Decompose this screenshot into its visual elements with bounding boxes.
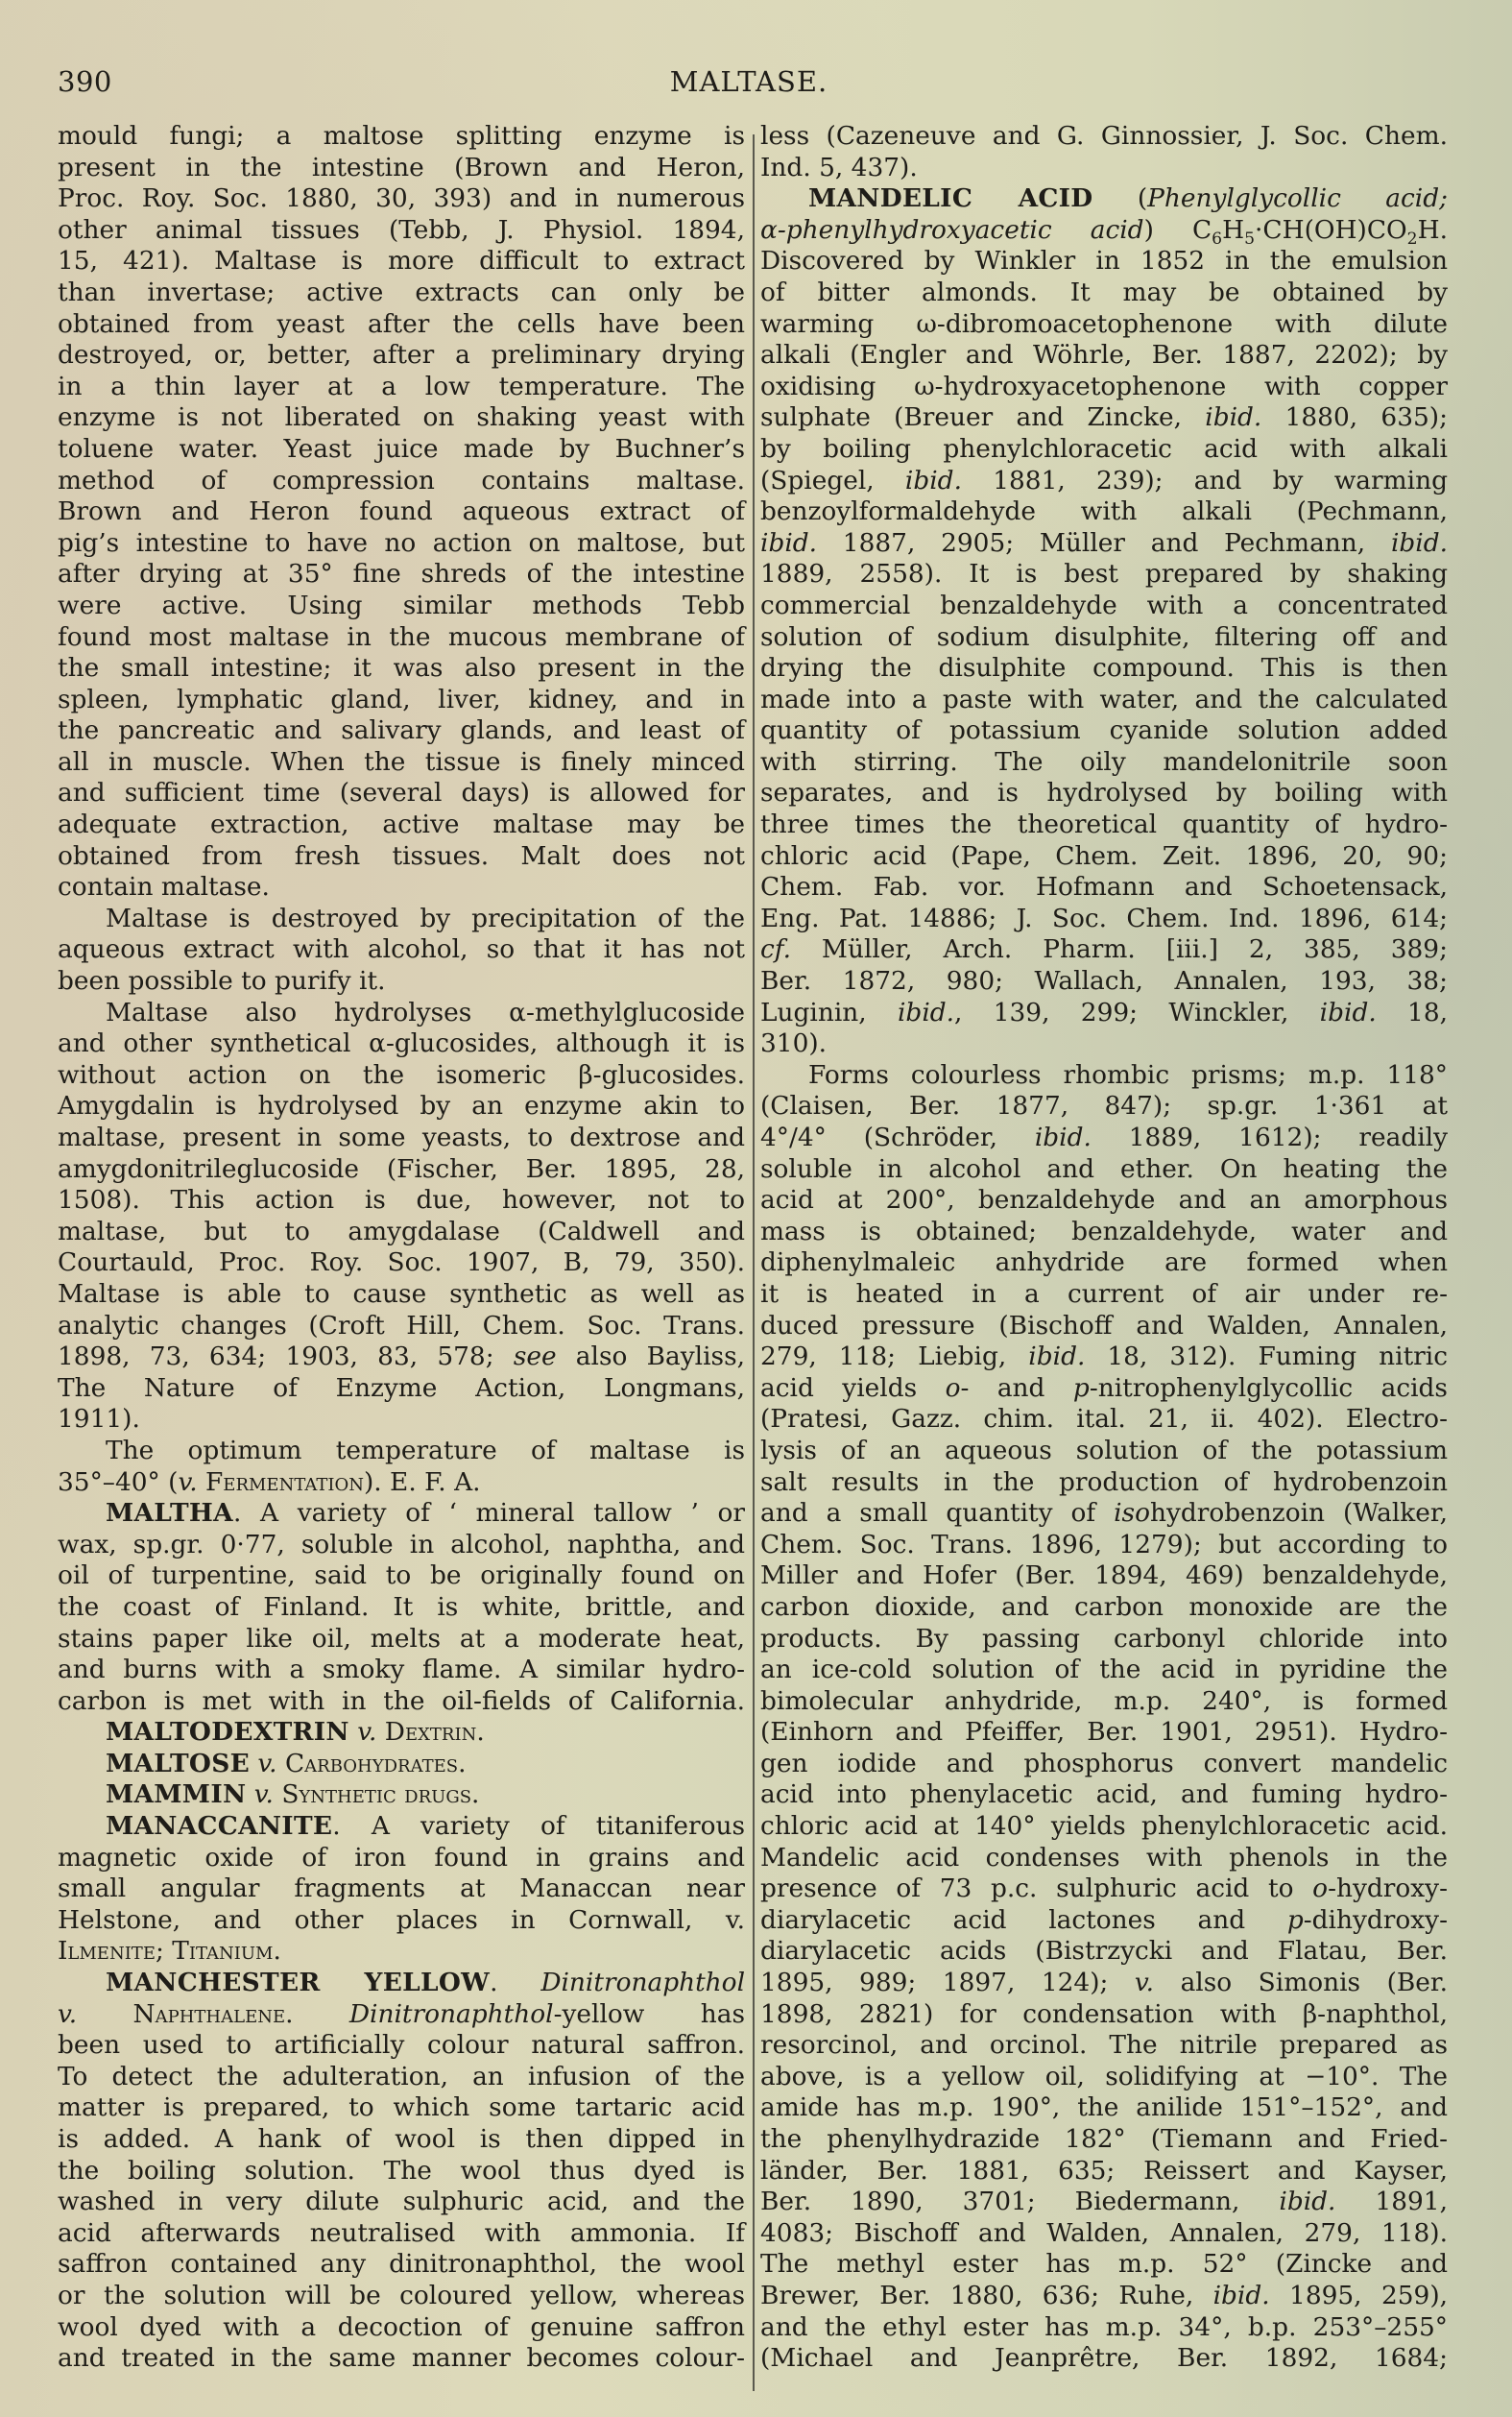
text-line: made into a paste with water, and the ca… (760, 685, 1448, 716)
text-line: and a small quantity of isohydrobenzoin … (760, 1498, 1448, 1530)
text-line: maltase, present in some yeasts, to dext… (58, 1123, 745, 1154)
text-line: oil of turpentine, said to be originally… (58, 1560, 745, 1592)
text-line: been possible to purify it. (58, 966, 745, 998)
text-line: To detect the adulteration, an infusion … (58, 2062, 745, 2093)
text-line: mould fungi; a maltose splitting enzyme … (58, 121, 745, 153)
text-line: länder, Ber. 1881, 635; Reissert and Kay… (760, 2156, 1448, 2187)
text-line: acid at 200°, benzaldehyde and an amorph… (760, 1185, 1448, 1217)
text-line: chloric acid (Pape, Chem. Zeit. 1896, 20… (760, 841, 1448, 873)
headword: MANDELIC ACID (808, 183, 1093, 213)
headword: MAMMIN (106, 1779, 246, 1809)
text-line: or the solution will be coloured yellow,… (58, 2281, 745, 2312)
text-line: with stirring. The oily mandelonitrile s… (760, 747, 1448, 779)
text-line: obtained from fresh tissues. Malt does n… (58, 841, 745, 873)
text-line: MALTHA. A variety of ‘ mineral tallow ’ … (58, 1498, 745, 1530)
text-line: Luginin, ibid., 139, 299; Winckler, ibid… (760, 998, 1448, 1029)
text-line: of bitter almonds. It may be obtained by (760, 278, 1448, 309)
text-line: and sufficient time (several days) is al… (58, 778, 745, 810)
text-line: Brewer, Ber. 1880, 636; Ruhe, ibid. 1895… (760, 2281, 1448, 2312)
text-line: Chem. Soc. Trans. 1896, 1279); but accor… (760, 1530, 1448, 1561)
text-line: enzyme is not liberated on shaking yeast… (58, 402, 745, 434)
text-line: acid afterwards neutralised with ammonia… (58, 2218, 745, 2250)
text-line: wool dyed with a decoction of genuine sa… (58, 2312, 745, 2344)
text-line: The methyl ester has m.p. 52° (Zincke an… (760, 2249, 1448, 2281)
text-line: Ber. 1890, 3701; Biedermann, ibid. 1891, (760, 2187, 1448, 2218)
text-line: diarylacetic acid lactones and p-dihydro… (760, 1905, 1448, 1937)
text-line: presence of 73 p.c. sulphuric acid to o-… (760, 1873, 1448, 1905)
text-line: 4°/4° (Schröder, ibid. 1889, 1612); read… (760, 1123, 1448, 1154)
text-line: in a thin layer at a low temperature. Th… (58, 372, 745, 403)
text-line: the coast of Finland. It is white, britt… (58, 1592, 745, 1624)
text-line: analytic changes (Croft Hill, Chem. Soc.… (58, 1311, 745, 1342)
text-line: without action on the isomeric β-glucosi… (58, 1060, 745, 1092)
text-line: quantity of potassium cyanide solution a… (760, 715, 1448, 747)
text-line: spleen, lymphatic gland, liver, kidney, … (58, 685, 745, 716)
text-line: Ilmenite; Titanium. (58, 1936, 745, 1968)
text-line: above, is a yellow oil, solidifying at −… (760, 2062, 1448, 2093)
text-line: Proc. Roy. Soc. 1880, 30, 393) and in nu… (58, 183, 745, 215)
text-line: Chem. Fab. vor. Hofmann and Schoetensack… (760, 872, 1448, 904)
text-line: been used to artificially colour natural… (58, 2030, 745, 2062)
text-line: an ice-cold solution of the acid in pyri… (760, 1655, 1448, 1686)
text-line: Discovered by Winkler in 1852 in the emu… (760, 246, 1448, 278)
text-line: MANCHESTER YELLOW. Dinitronaphthol (58, 1968, 745, 1999)
headword: MANACCANITE (106, 1811, 332, 1841)
headword: MALTHA (106, 1498, 233, 1528)
text-line: Helstone, and other places in Cornwall, … (58, 1905, 745, 1937)
text-line: saffron contained any dinitronaphthol, t… (58, 2249, 745, 2281)
text-line: acid into phenylacetic acid, and fuming … (760, 1779, 1448, 1811)
text-line: small angular fragments at Manaccan near (58, 1873, 745, 1905)
text-line: (Pratesi, Gazz. chim. ital. 21, ii. 402)… (760, 1404, 1448, 1436)
text-line: other animal tissues (Tebb, J. Physiol. … (58, 215, 745, 247)
text-line: 310). (760, 1028, 1448, 1060)
text-line: 1898, 2821) for condensation with β-naph… (760, 1999, 1448, 2031)
text-line: the pancreatic and salivary glands, and … (58, 715, 745, 747)
text-line: 279, 118; Liebig, ibid. 18, 312). Fuming… (760, 1341, 1448, 1373)
text-line: Courtauld, Proc. Roy. Soc. 1907, B, 79, … (58, 1247, 745, 1279)
text-line: pig’s intestine to have no action on mal… (58, 528, 745, 560)
text-line: method of compression contains maltase. (58, 466, 745, 497)
text-line: 4083; Bischoff and Walden, Annalen, 279,… (760, 2218, 1448, 2250)
text-line: carbon is met with in the oil-fields of … (58, 1686, 745, 1718)
text-line: Maltase is able to cause synthetic as we… (58, 1279, 745, 1311)
text-line: MAMMIN v. Synthetic drugs. (58, 1779, 745, 1811)
text-line: the small intestine; it was also present… (58, 653, 745, 685)
text-line: lysis of an aqueous solution of the pota… (760, 1436, 1448, 1467)
text-line: alkali (Engler and Wöhrle, Ber. 1887, 22… (760, 340, 1448, 372)
text-line: Eng. Pat. 14886; J. Soc. Chem. Ind. 1896… (760, 904, 1448, 935)
left-column: mould fungi; a maltose splitting enzyme … (58, 121, 745, 2375)
column-divider (753, 134, 755, 2391)
text-line: 1898, 73, 634; 1903, 83, 578; see also B… (58, 1341, 745, 1373)
text-line: contain maltase. (58, 872, 745, 904)
text-line: MANDELIC ACID (Phenylglycollic acid; (760, 183, 1448, 215)
text-line: MANACCANITE. A variety of titaniferous (58, 1811, 745, 1843)
text-line: three times the theoretical quantity of … (760, 810, 1448, 841)
text-line: 35°–40° (v. Fermentation). E. F. A. (58, 1467, 745, 1499)
headword: MALTOSE (106, 1749, 250, 1778)
text-line: salt results in the production of hydrob… (760, 1467, 1448, 1499)
text-line: destroyed, or, better, after a prelimina… (58, 340, 745, 372)
text-line: oxidising ω-hydroxyacetophenone with cop… (760, 372, 1448, 403)
text-line: Forms colourless rhombic prisms; m.p. 11… (760, 1060, 1448, 1092)
text-line: cf. Müller, Arch. Pharm. [iii.] 2, 385, … (760, 934, 1448, 966)
text-line: washed in very dilute sulphuric acid, an… (58, 2187, 745, 2218)
page-header: 390 MALTASE. (58, 65, 1440, 104)
text-line: bimolecular anhydride, m.p. 240°, is for… (760, 1686, 1448, 1718)
text-line: found most maltase in the mucous membran… (58, 622, 745, 654)
text-line: were active. Using similar methods Tebb (58, 591, 745, 622)
text-line: The optimum temperature of maltase is (58, 1436, 745, 1467)
text-line: it is heated in a current of air under r… (760, 1279, 1448, 1311)
text-line: Ind. 5, 437). (760, 153, 1448, 184)
text-line: solution of sodium disulphite, filtering… (760, 622, 1448, 654)
text-line: matter is prepared, to which some tartar… (58, 2092, 745, 2124)
text-line: Amygdalin is hydrolysed by an enzyme aki… (58, 1091, 745, 1123)
text-line: sulphate (Breuer and Zincke, ibid. 1880,… (760, 402, 1448, 434)
text-line: (Claisen, Ber. 1877, 847); sp.gr. 1·361 … (760, 1091, 1448, 1123)
text-line: drying the disulphite compound. This is … (760, 653, 1448, 685)
text-line: the phenylhydrazide 182° (Tiemann and Fr… (760, 2124, 1448, 2156)
text-line: than invertase; active extracts can only… (58, 278, 745, 309)
text-line: amide has m.p. 190°, the anilide 151°–15… (760, 2092, 1448, 2124)
text-line: gen iodide and phosphorus convert mandel… (760, 1749, 1448, 1780)
text-line: Brown and Heron found aqueous extract of (58, 496, 745, 528)
text-line: Ber. 1872, 980; Wallach, Annalen, 193, 3… (760, 966, 1448, 998)
text-line: MALTODEXTRIN v. Dextrin. (58, 1717, 745, 1749)
text-line: adequate extraction, active maltase may … (58, 810, 745, 841)
text-line: resorcinol, and orcinol. The nitrile pre… (760, 2030, 1448, 2062)
right-column: less (Cazeneuve and G. Ginnossier, J. So… (760, 121, 1448, 2375)
text-line: v. Naphthalene. Dinitronaphthol-yellow h… (58, 1999, 745, 2031)
text-line: maltase, but to amygdalase (Caldwell and (58, 1217, 745, 1248)
text-line: 1895, 989; 1897, 124); v. also Simonis (… (760, 1968, 1448, 1999)
text-line: 15, 421). Maltase is more difficult to e… (58, 246, 745, 278)
text-line: the boiling solution. The wool thus dyed… (58, 2156, 745, 2187)
text-line: benzoylformaldehyde with alkali (Pechman… (760, 496, 1448, 528)
text-line: commercial benzaldehyde with a concentra… (760, 591, 1448, 622)
text-line: Miller and Hofer (Ber. 1894, 469) benzal… (760, 1560, 1448, 1592)
text-line: Maltase is destroyed by precipitation of… (58, 904, 745, 935)
text-line: and other synthetical α-glucosides, alth… (58, 1028, 745, 1060)
headword: MALTODEXTRIN (106, 1717, 349, 1747)
headword: MANCHESTER YELLOW (106, 1968, 490, 1997)
text-line: diphenylmaleic anhydride are formed when (760, 1247, 1448, 1279)
text-line: duced pressure (Bischoff and Walden, Ann… (760, 1311, 1448, 1342)
text-line: (Einhorn and Pfeiffer, Ber. 1901, 2951).… (760, 1717, 1448, 1749)
text-line: aqueous extract with alcohol, so that it… (58, 934, 745, 966)
text-line: α-phenylhydroxyacetic acid) C6H5·CH(OH)C… (760, 215, 1448, 247)
text-line: 1889, 2558). It is best prepared by shak… (760, 559, 1448, 591)
text-line: 1911). (58, 1404, 745, 1436)
text-line: 1508). This action is due, however, not … (58, 1185, 745, 1217)
text-line: MALTOSE v. Carbohydrates. (58, 1749, 745, 1780)
text-line: Mandelic acid condenses with phenols in … (760, 1843, 1448, 1874)
text-line: all in muscle. When the tissue is finely… (58, 747, 745, 779)
text-line: is added. A hank of wool is then dipped … (58, 2124, 745, 2156)
text-line: soluble in alcohol and ether. On heating… (760, 1154, 1448, 1186)
text-line: separates, and is hydrolysed by boiling … (760, 778, 1448, 810)
text-line: stains paper like oil, melts at a modera… (58, 1624, 745, 1656)
text-line: wax, sp.gr. 0·77, soluble in alcohol, na… (58, 1530, 745, 1561)
text-line: less (Cazeneuve and G. Ginnossier, J. So… (760, 121, 1448, 153)
running-head: MALTASE. (58, 65, 1440, 98)
text-line: warming ω-dibromoacetophenone with dilut… (760, 309, 1448, 341)
text-line: amygdonitrileglucoside (Fischer, Ber. 18… (58, 1154, 745, 1186)
text-line: magnetic oxide of iron found in grains a… (58, 1843, 745, 1874)
text-line: ibid. 1887, 2905; Müller and Pechmann, i… (760, 528, 1448, 560)
text-line: mass is obtained; benzaldehyde, water an… (760, 1217, 1448, 1248)
text-line: toluene water. Yeast juice made by Buchn… (58, 434, 745, 466)
text-line: (Michael and Jeanprêtre, Ber. 1892, 1684… (760, 2343, 1448, 2375)
text-line: products. By passing carbonyl chloride i… (760, 1624, 1448, 1656)
text-line: after drying at 35° fine shreds of the i… (58, 559, 745, 591)
text-line: present in the intestine (Brown and Hero… (58, 153, 745, 184)
text-line: and burns with a smoky flame. A similar … (58, 1655, 745, 1686)
text-line: chloric acid at 140° yields phenylchlora… (760, 1811, 1448, 1843)
text-line: carbon dioxide, and carbon monoxide are … (760, 1592, 1448, 1624)
text-line: and treated in the same manner becomes c… (58, 2343, 745, 2375)
text-line: acid yields o- and p-nitrophenylglycolli… (760, 1373, 1448, 1405)
text-line: Maltase also hydrolyses α-methylglucosid… (58, 998, 745, 1029)
text-line: (Spiegel, ibid. 1881, 239); and by warmi… (760, 466, 1448, 497)
text-line: and the ethyl ester has m.p. 34°, b.p. 2… (760, 2312, 1448, 2344)
text-line: The Nature of Enzyme Action, Longmans, (58, 1373, 745, 1405)
text-line: obtained from yeast after the cells have… (58, 309, 745, 341)
text-line: by boiling phenylchloracetic acid with a… (760, 434, 1448, 466)
text-line: diarylacetic acids (Bistrzycki and Flata… (760, 1936, 1448, 1968)
